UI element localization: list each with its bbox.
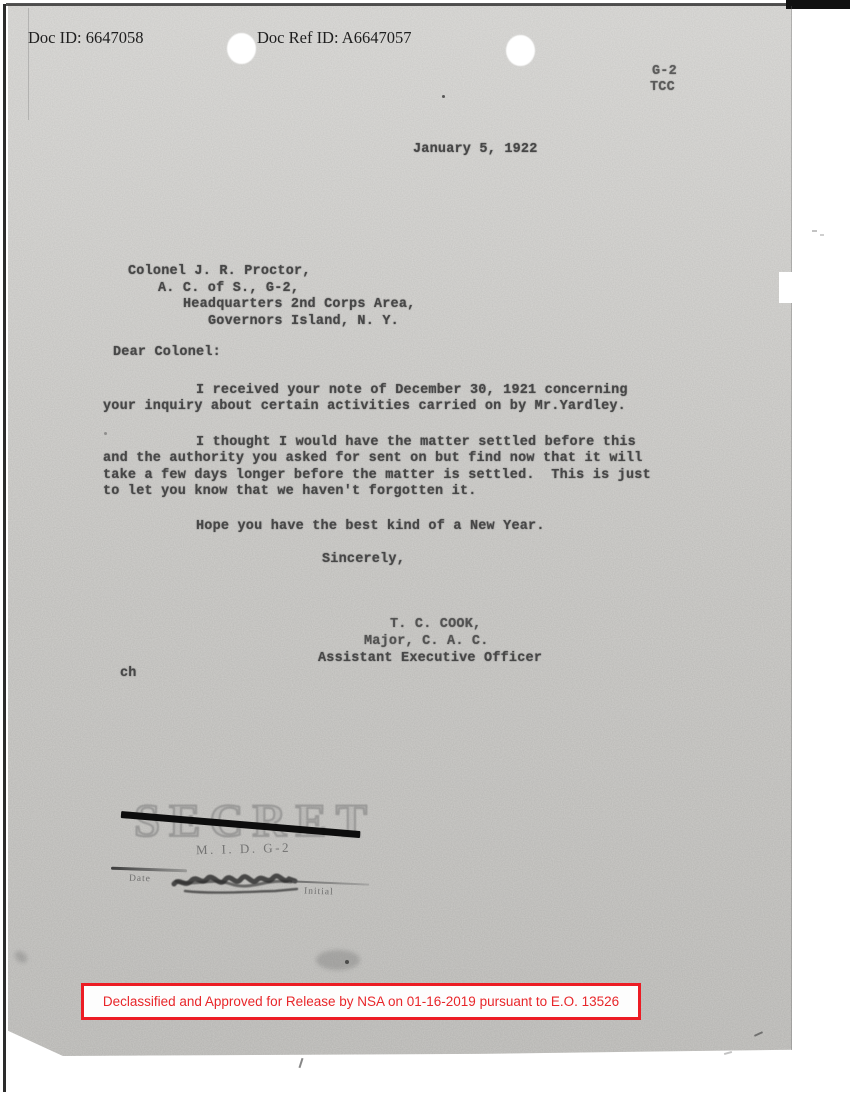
stray-mark xyxy=(724,1051,732,1055)
body-line: I thought I would have the matter settle… xyxy=(196,435,636,450)
ink-speck xyxy=(345,960,349,964)
body-line: your inquiry about certain activities ca… xyxy=(103,399,626,414)
mid-g2-stamp: M. I. D. G-2 xyxy=(196,840,291,858)
ink-speck xyxy=(104,432,107,435)
hole-punch xyxy=(506,35,535,66)
paper-edge-notch xyxy=(779,272,793,303)
date-label: Date xyxy=(129,874,151,885)
body-line: to let you know that we haven't forgotte… xyxy=(103,484,477,499)
routing-mark-tcc: TCC xyxy=(650,80,675,95)
routing-mark-g2: G-2 xyxy=(652,64,677,79)
address-line: A. C. of S., G-2, xyxy=(158,281,299,296)
body-line: take a few days longer before the matter… xyxy=(103,468,651,483)
scan-edge-left xyxy=(3,4,6,1092)
scan-inner-line xyxy=(28,8,29,120)
salutation: Dear Colonel: xyxy=(113,345,221,360)
body-line: and the authority you asked for sent on … xyxy=(103,451,643,466)
stray-mark xyxy=(820,234,824,236)
initial-label: Initial xyxy=(304,886,334,897)
signature-title: Assistant Executive Officer xyxy=(318,651,542,666)
body-line: Hope you have the best kind of a New Yea… xyxy=(196,519,545,534)
address-line: Headquarters 2nd Corps Area, xyxy=(183,297,415,312)
ink-speck xyxy=(442,95,445,98)
body-line: I received your note of December 30, 192… xyxy=(196,383,628,398)
scanned-document-page: Doc ID: 6647058 Doc Ref ID: A6647057 G-2… xyxy=(0,0,850,1100)
closing: Sincerely, xyxy=(322,552,405,567)
signature-rank: Major, C. A. C. xyxy=(364,634,489,649)
scan-edge-top xyxy=(6,3,788,6)
scan-edge-top-right xyxy=(786,0,850,9)
address-line: Colonel J. R. Proctor, xyxy=(128,264,311,279)
typist-initials: ch xyxy=(120,666,137,681)
declassification-text: Declassified and Approved for Release by… xyxy=(103,994,619,1009)
letter-date: January 5, 1922 xyxy=(413,142,538,157)
doc-ref-id-label: Doc Ref ID: A6647057 xyxy=(257,28,411,48)
stray-mark xyxy=(299,1058,304,1068)
handwritten-scribble xyxy=(171,869,301,897)
stray-mark xyxy=(812,230,817,232)
doc-id-label: Doc ID: 6647058 xyxy=(28,28,143,48)
declassification-banner: Declassified and Approved for Release by… xyxy=(81,983,641,1020)
paper-right-border xyxy=(791,6,792,1050)
address-line: Governors Island, N. Y. xyxy=(208,314,399,329)
pencil-smudge xyxy=(316,950,360,970)
hole-punch xyxy=(227,33,256,64)
signature-name: T. C. COOK, xyxy=(390,617,481,632)
